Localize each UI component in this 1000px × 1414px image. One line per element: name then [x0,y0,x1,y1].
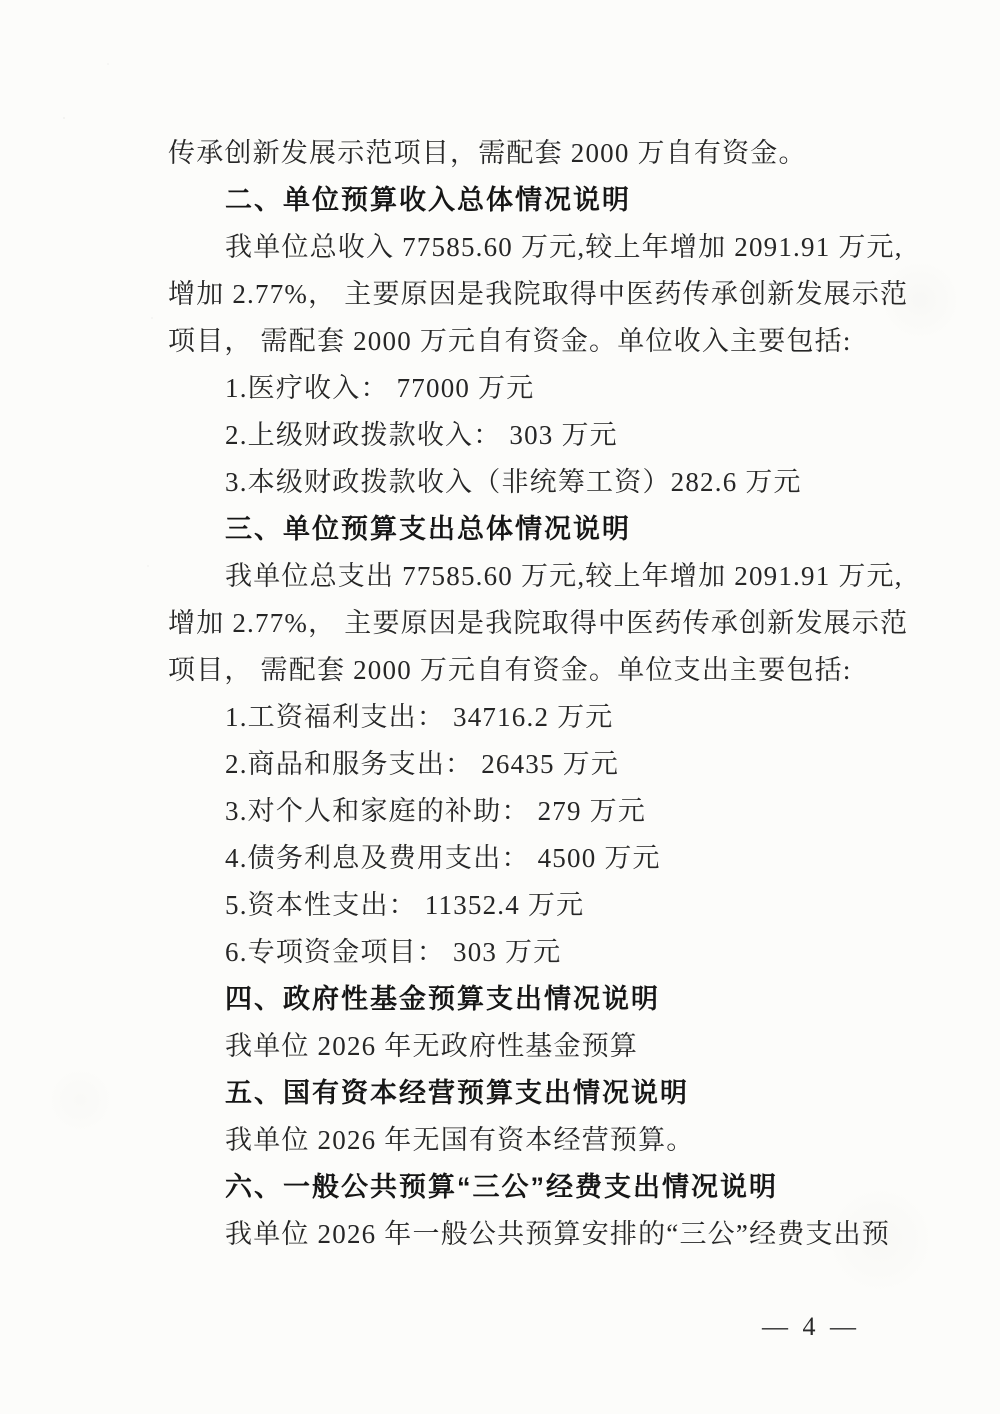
heading-section-5-state-capital-budget: 五、国有资本经营预算支出情况说明 [168,1070,870,1117]
para-three-public-line-1: 我单位 2026 年一般公共预算安排的“三公”经费支出预 [168,1211,870,1258]
para-gov-fund-note: 我单位 2026 年无政府性基金预算 [168,1023,870,1070]
list-expense-item-5-capital: 5.资本性支出： 11352.4 万元 [168,882,870,929]
para-expense-overview-line-3: 项目， 需配套 2000 万元自有资金。单位支出主要包括: [168,647,870,694]
list-expense-item-3-subsidies: 3.对个人和家庭的补助： 279 万元 [168,788,870,835]
para-income-overview-line-3: 项目， 需配套 2000 万元自有资金。单位收入主要包括: [168,318,870,365]
heading-section-6-three-public-funds: 六、一般公共预算“三公”经费支出情况说明 [168,1164,870,1211]
para-project-carryover-line: 传承创新发展示范项目，需配套 2000 万自有资金。 [168,130,870,177]
list-expense-item-6-special-fund: 6.专项资金项目： 303 万元 [168,929,870,976]
list-expense-item-1-wages: 1.工资福利支出： 34716.2 万元 [168,694,870,741]
list-income-item-3-local-fiscal: 3.本级财政拨款收入（非统筹工资）282.6 万元 [168,459,870,506]
para-income-overview-line-1: 我单位总收入 77585.60 万元,较上年增加 2091.91 万元, [168,224,870,271]
para-state-capital-note: 我单位 2026 年无国有资本经营预算。 [168,1117,870,1164]
heading-section-3-expense-overview: 三、单位预算支出总体情况说明 [168,506,870,553]
scanned-budget-document-page: 传承创新发展示范项目，需配套 2000 万自有资金。 二、单位预算收入总体情况说… [0,0,1000,1414]
list-expense-item-4-debt-interest: 4.债务利息及费用支出： 4500 万元 [168,835,870,882]
heading-section-2-income-overview: 二、单位预算收入总体情况说明 [168,177,870,224]
list-expense-item-2-goods-services: 2.商品和服务支出： 26435 万元 [168,741,870,788]
heading-section-4-gov-fund-budget: 四、政府性基金预算支出情况说明 [168,976,870,1023]
list-income-item-1-medical: 1.医疗收入： 77000 万元 [168,365,870,412]
list-income-item-2-superior-fiscal: 2.上级财政拨款收入： 303 万元 [168,412,870,459]
document-text-block: 传承创新发展示范项目，需配套 2000 万自有资金。 二、单位预算收入总体情况说… [168,130,870,1258]
para-expense-overview-line-1: 我单位总支出 77585.60 万元,较上年增加 2091.91 万元, [168,553,870,600]
para-expense-overview-line-2: 增加 2.77%， 主要原因是我院取得中医药传承创新发展示范 [168,600,870,647]
page-number: — 4 — [762,1312,860,1342]
para-income-overview-line-2: 增加 2.77%， 主要原因是我院取得中医药传承创新发展示范 [168,271,870,318]
